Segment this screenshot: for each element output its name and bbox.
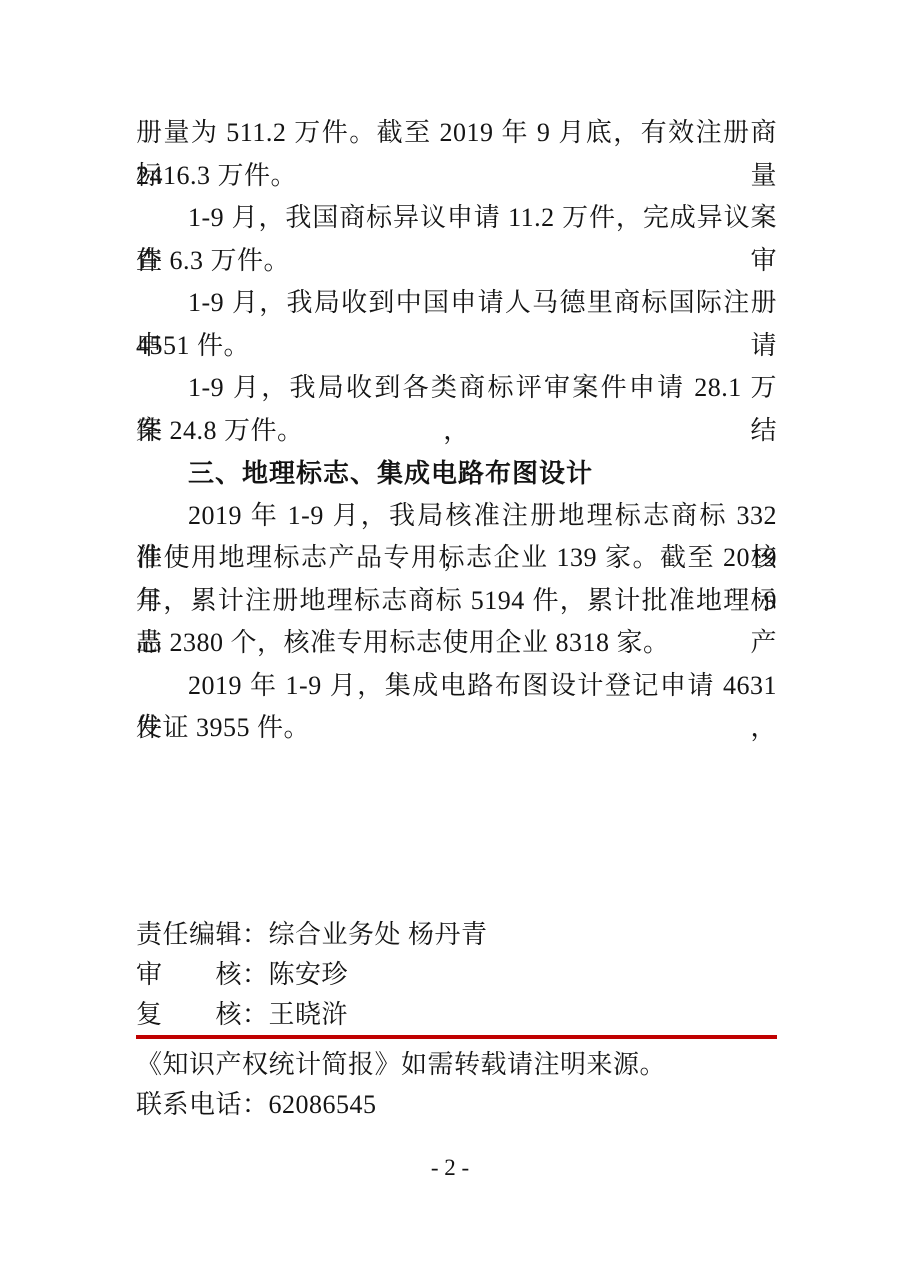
- body-text-line: 册量为 511.2 万件。截至 2019 年 9 月底，有效注册商标量: [136, 112, 777, 155]
- body-text-line: 1-9 月，我局收到中国申请人马德里商标国际注册申请: [136, 282, 777, 325]
- notice-line: 联系电话：62086545: [136, 1085, 777, 1125]
- credit-line: 复 核：王晓浒: [136, 995, 777, 1035]
- document-page: 册量为 511.2 万件。截至 2019 年 9 月底，有效注册商标量 2416…: [0, 0, 900, 1272]
- body-text-line: 1-9 月，我国商标异议申请 11.2 万件，完成异议案件审: [136, 197, 777, 240]
- editor-credits: 责任编辑：综合业务处 杨丹青 审 核：陈安珍 复 核：王晓浒: [136, 915, 777, 1035]
- document-body: 册量为 511.2 万件。截至 2019 年 9 月底，有效注册商标量 2416…: [136, 112, 777, 750]
- body-text-line: 2019 年 1-9 月，集成电路布图设计登记申请 4631 件，: [136, 665, 777, 708]
- notice-line: 《知识产权统计简报》如需转载请注明来源。: [136, 1045, 777, 1085]
- body-text-line: 2019 年 1-9 月，我局核准注册地理标志商标 332 件，核: [136, 495, 777, 538]
- credit-line: 责任编辑：综合业务处 杨丹青: [136, 915, 777, 955]
- reprint-notice: 《知识产权统计简报》如需转载请注明来源。 联系电话：62086545: [136, 1045, 777, 1125]
- credit-line: 审 核：陈安珍: [136, 955, 777, 995]
- body-text-line: 准使用地理标志产品专用标志企业 139 家。截至 2019 年 9: [136, 537, 777, 580]
- page-number: - 2 -: [0, 1153, 900, 1183]
- body-text-line: 1-9 月，我局收到各类商标评审案件申请 28.1 万件，结: [136, 367, 777, 410]
- red-divider-line: [136, 1035, 777, 1039]
- body-text-line: 月，累计注册地理标志商标 5194 件，累计批准地理标志产: [136, 580, 777, 623]
- body-text-line: 三、地理标志、集成电路布图设计: [136, 452, 777, 495]
